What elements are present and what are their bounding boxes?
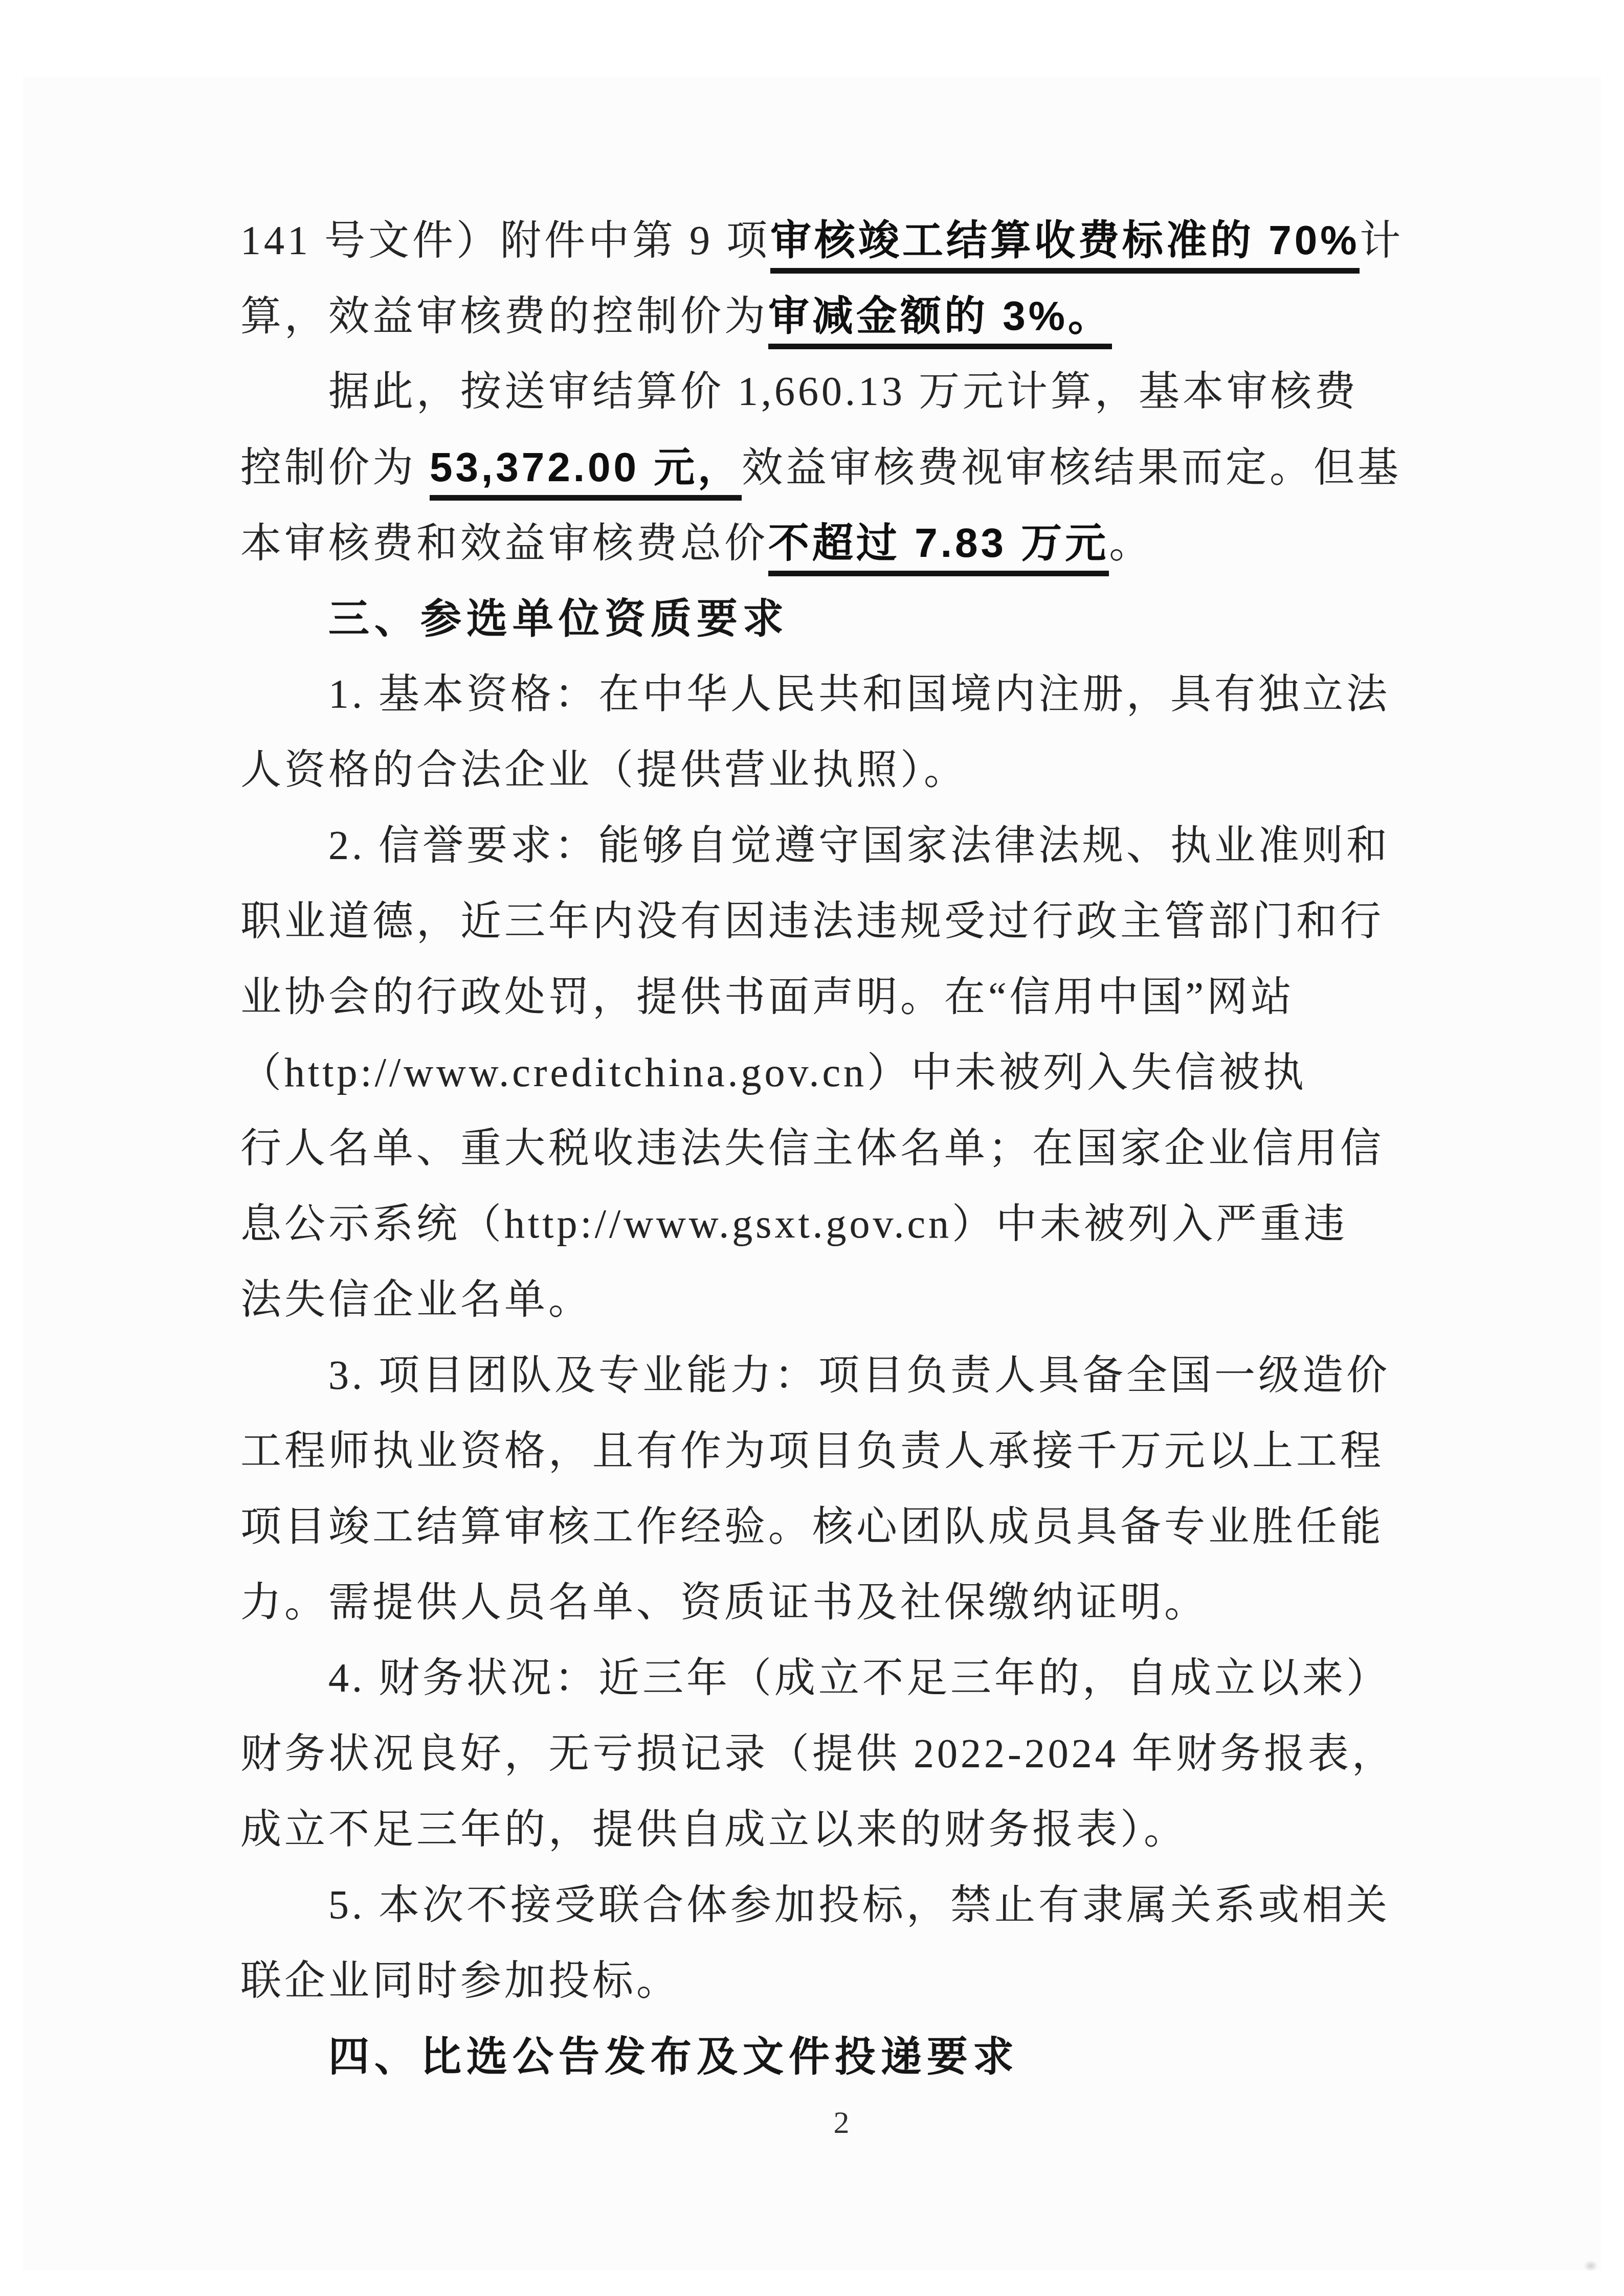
text-line: 工程师执业资格，且有作为项目负责人承接千万元以上工程 — [240, 1413, 1442, 1489]
text-segment: 行人名单、重大税收违法失信主体名单；在国家企业信用信 — [240, 1126, 1384, 1171]
text-segment: 财务状况良好，无亏损记录（提供 2022-2024 年财务报表， — [240, 1731, 1396, 1776]
scan-artifact-speck — [1584, 2260, 1598, 2271]
text-segment: 2. 信誉要求：能够自觉遵守国家法律法规、执业准则和 — [328, 823, 1390, 868]
text-line: （http://www.creditchina.gov.cn）中未被列入失信被执 — [240, 1035, 1442, 1111]
text-segment: 联企业同时参加投标。 — [240, 1959, 680, 2004]
text-line: 项目竣工结算审核工作经验。核心团队成员具备专业胜任能 — [240, 1489, 1442, 1565]
text-line: 141 号文件）附件中第 9 项审核竣工结算收费标准的 70%计 — [240, 202, 1442, 278]
text-segment: 四、比选公告发布及文件投递要求 — [328, 2034, 1019, 2079]
text-segment: 力。需提供人员名单、资质证书及社保缴纳证明。 — [240, 1580, 1208, 1625]
text-line: 人资格的合法企业（提供营业执照）。 — [240, 732, 1442, 808]
emphasized-text: 审减金额的 3%。 — [768, 293, 1112, 349]
text-segment: 成立不足三年的，提供自成立以来的财务报表）。 — [240, 1807, 1188, 1852]
text-line: 3. 项目团队及专业能力：项目负责人具备全国一级造价 — [240, 1338, 1442, 1413]
text-line: 2. 信誉要求：能够自觉遵守国家法律法规、执业准则和 — [240, 808, 1442, 884]
text-segment: 职业道德，近三年内没有因违法违规受过行政主管部门和行 — [240, 899, 1384, 944]
text-line: 1. 基本资格：在中华人民共和国境内注册，具有独立法 — [240, 657, 1442, 732]
text-segment: 计 — [1360, 218, 1404, 263]
text-line: 法失信企业名单。 — [240, 1262, 1442, 1338]
text-line: 4. 财务状况：近三年（成立不足三年的，自成立以来） — [240, 1640, 1442, 1716]
text-line: 行人名单、重大税收违法失信主体名单；在国家企业信用信 — [240, 1111, 1442, 1186]
text-segment: 本审核费和效益审核费总价 — [240, 521, 768, 566]
emphasized-text: 不超过 7.83 万元 — [768, 520, 1109, 576]
text-line: 职业道德，近三年内没有因违法违规受过行政主管部门和行 — [240, 884, 1442, 959]
text-line: 据此，按送审结算价 1,660.13 万元计算，基本审核费 — [240, 354, 1442, 430]
text-segment: 控制价为 — [240, 445, 430, 490]
emphasized-text: 53,372.00 元， — [430, 444, 742, 501]
text-segment: 1. 基本资格：在中华人民共和国境内注册，具有独立法 — [328, 672, 1390, 717]
text-line: 控制价为 53,372.00 元，效益审核费视审核结果而定。但基 — [240, 430, 1442, 505]
text-line: 业协会的行政处罚，提供书面声明。在“信用中国”网站 — [240, 959, 1442, 1035]
text-segment: 据此，按送审结算价 1,660.13 万元计算，基本审核费 — [328, 369, 1359, 414]
document-body: 141 号文件）附件中第 9 项审核竣工结算收费标准的 70%计算，效益审核费的… — [240, 202, 1442, 2095]
text-line: 成立不足三年的，提供自成立以来的财务报表）。 — [240, 1792, 1442, 1867]
document-lines: 141 号文件）附件中第 9 项审核竣工结算收费标准的 70%计算，效益审核费的… — [240, 202, 1442, 2095]
text-line: 息公示系统（http://www.gsxt.gov.cn）中未被列入严重违 — [240, 1186, 1442, 1262]
text-line: 联企业同时参加投标。 — [240, 1943, 1442, 2019]
text-segment: 3. 项目团队及专业能力：项目负责人具备全国一级造价 — [328, 1353, 1390, 1398]
text-segment: 4. 财务状况：近三年（成立不足三年的，自成立以来） — [328, 1656, 1390, 1701]
text-segment: 业协会的行政处罚，提供书面声明。在“信用中国”网站 — [240, 975, 1295, 1020]
text-segment: 141 号文件）附件中第 9 项 — [240, 218, 770, 263]
text-line: 财务状况良好，无亏损记录（提供 2022-2024 年财务报表， — [240, 1716, 1442, 1792]
text-line: 5. 本次不接受联合体参加投标，禁止有隶属关系或相关 — [240, 1867, 1442, 1943]
text-line: 本审核费和效益审核费总价不超过 7.83 万元。 — [240, 505, 1442, 581]
text-segment: 三、参选单位资质要求 — [328, 596, 789, 641]
text-segment: 项目竣工结算审核工作经验。核心团队成员具备专业胜任能 — [240, 1504, 1384, 1549]
text-segment: 人资格的合法企业（提供营业执照）。 — [240, 748, 968, 793]
emphasized-text: 审核竣工结算收费标准的 70% — [770, 217, 1360, 274]
text-segment: 。 — [1109, 521, 1153, 566]
section-heading: 三、参选单位资质要求 — [240, 581, 1442, 657]
text-segment: 工程师执业资格，且有作为项目负责人承接千万元以上工程 — [240, 1429, 1384, 1474]
text-segment: 算，效益审核费的控制价为 — [240, 294, 768, 339]
text-segment: 效益审核费视审核结果而定。但基 — [742, 445, 1401, 490]
text-segment: 息公示系统（http://www.gsxt.gov.cn）中未被列入严重违 — [240, 1202, 1348, 1247]
text-segment: 法失信企业名单。 — [240, 1277, 592, 1322]
text-line: 力。需提供人员名单、资质证书及社保缴纳证明。 — [240, 1565, 1442, 1640]
text-segment: （http://www.creditchina.gov.cn）中未被列入失信被执 — [240, 1050, 1307, 1095]
text-segment: 5. 本次不接受联合体参加投标，禁止有隶属关系或相关 — [328, 1883, 1390, 1928]
text-line: 算，效益审核费的控制价为审减金额的 3%。 — [240, 278, 1442, 354]
page-number: 2 — [240, 2095, 1442, 2151]
section-heading: 四、比选公告发布及文件投递要求 — [240, 2019, 1442, 2095]
